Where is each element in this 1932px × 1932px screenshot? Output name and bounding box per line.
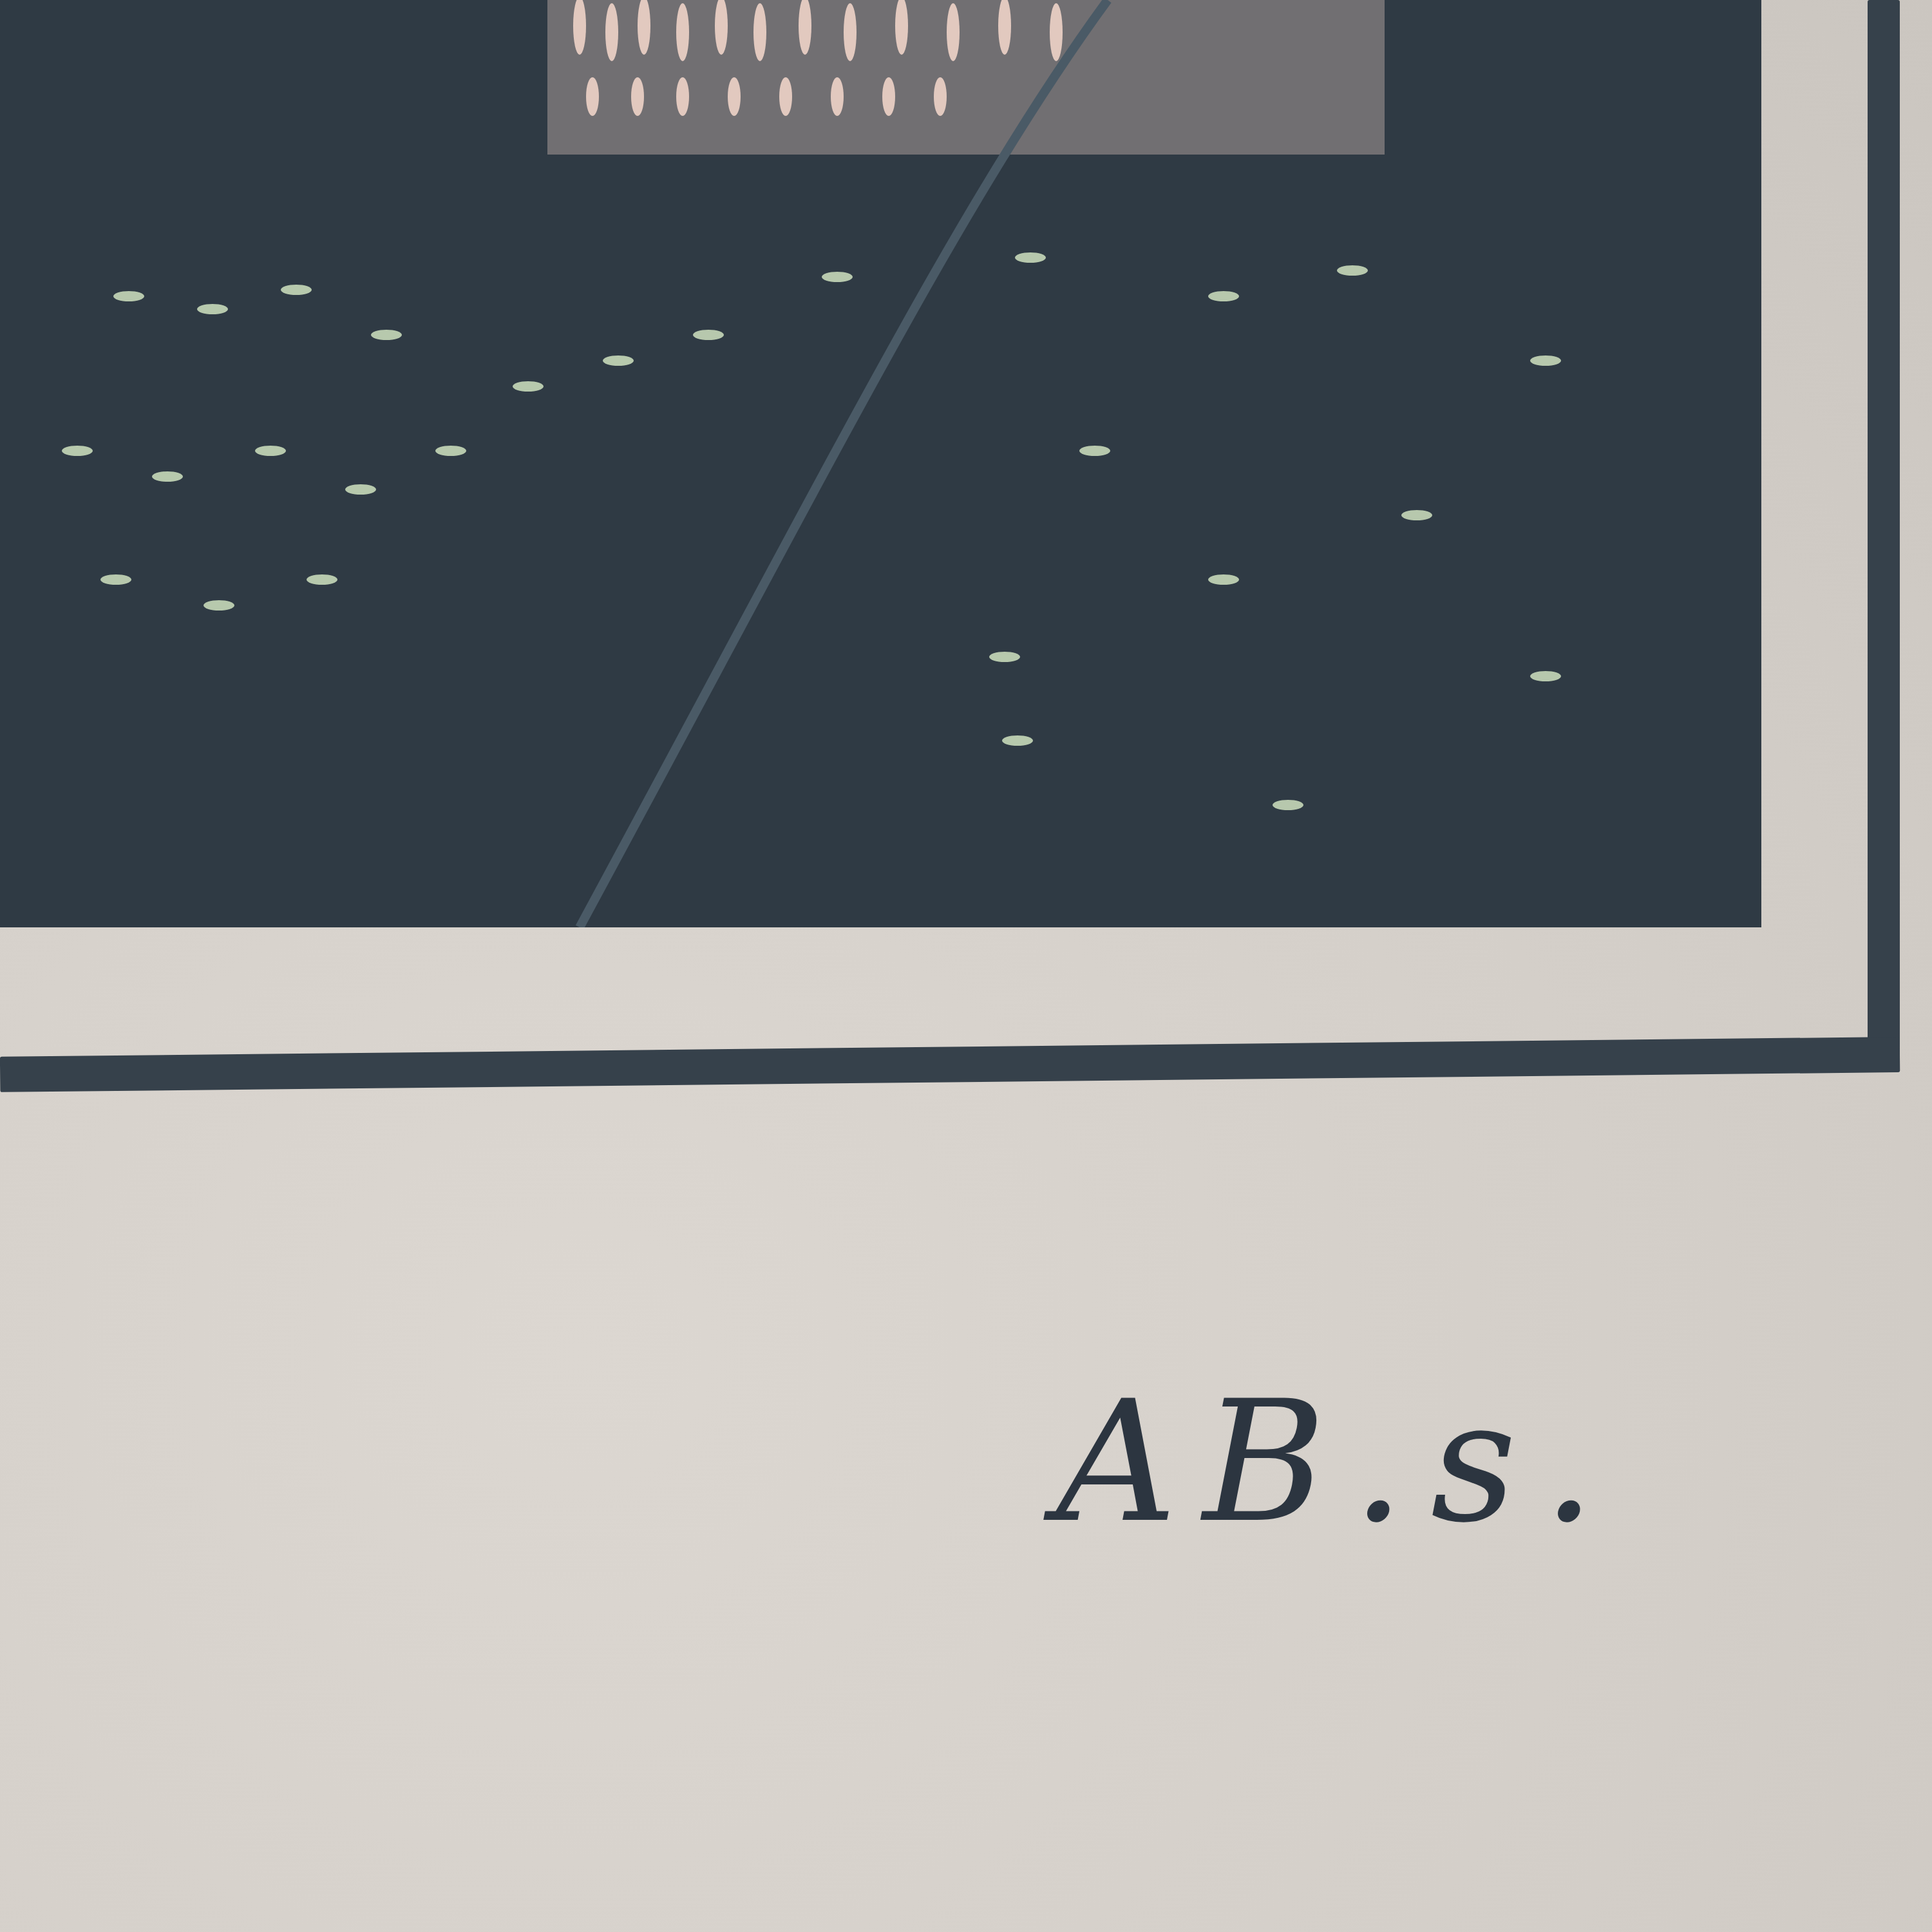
print-image-block <box>0 0 1761 927</box>
carved-pattern <box>0 0 1761 927</box>
artist-monogram: AB.s. <box>1056 1365 1622 1560</box>
frame-line-right <box>1868 0 1900 1069</box>
